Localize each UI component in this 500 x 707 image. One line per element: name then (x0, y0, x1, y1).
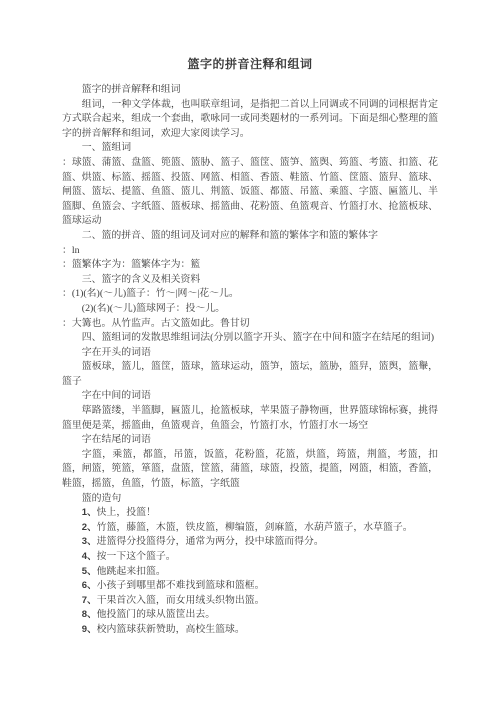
sentence-number: 6、 (82, 580, 97, 591)
sentence-number: 2、 (82, 522, 97, 533)
paragraph: 字在开头的词语 (62, 346, 438, 361)
paragraph: ：篮繁体字为：篮繁体字为：籃 (62, 258, 438, 273)
paragraph: 篮字的拼音解释和组词 (62, 83, 438, 98)
sentence-item: 9、校内篮球获新赞助，高校生篮球。 (62, 623, 438, 638)
paragraph: 字在中间的词语 (62, 389, 438, 404)
sentence-item: 5、他跳起来扣篮。 (62, 565, 438, 580)
paragraph: ：ln (62, 244, 438, 259)
sentence-number: 1、 (82, 507, 97, 518)
sentence-item: 1、快上，投篮！ (62, 506, 438, 521)
paragraph: 篮板球，篮儿，篮筐，篮球，篮球运动，篮笋，篮坛，篮胁，篮舁，篮舆，篮轝，篮子 (62, 360, 438, 389)
sentence-item: 2、竹篮，藤篮，木篮，铁皮篮，柳编篮，剑麻篮，水葫芦篮子，水草篮子。 (62, 521, 438, 536)
sentence-number: 8、 (82, 609, 97, 620)
paragraph: ：球篮、蒲篮、盘篮、篼篮、篮胁、篮子、篮筐、篮笋、篮舆、筠篮、考篮、扣篮、花篮、… (62, 156, 438, 229)
paragraph: 字篮，乘篮，都篮，吊篮，饭篮，花粉篮，花篮，烘篮，筠篮，荆篮，考篮，扣篮，闸篮，… (62, 448, 438, 492)
sentence-item: 3、进篮得分投篮得分，通常为两分，投中球篮而得分。 (62, 535, 438, 550)
paragraph: 三、篮字的含义及相关资料 (62, 273, 438, 288)
paragraph: 篮的造句 (62, 492, 438, 507)
sentence-item: 8、他投篮门的球从篮筐出去。 (62, 608, 438, 623)
sentence-item: 4、按一下这个篮子。 (62, 550, 438, 565)
sentence-item: 7、干果首次入篮，而女用绒头织物出篮。 (62, 594, 438, 609)
document-body: 篮字的拼音解释和组词组词，一种文学体裁，也叫联章组词，是指把二首以上同调或不同调… (0, 83, 500, 638)
paragraph: (2)(名)(～儿)篮球网子：投～儿。 (62, 302, 438, 317)
paragraph: ：(1)(名)(～儿)篮子：竹～|网～|花～儿。 (62, 287, 438, 302)
sentence-number: 9、 (82, 624, 97, 635)
sentence-number: 3、 (82, 536, 97, 547)
paragraph: 一、篮组词 (62, 141, 438, 156)
paragraph: 组词，一种文学体裁，也叫联章组词，是指把二首以上同调或不同调的词根据肯定方式联合… (62, 98, 438, 142)
sentence-number: 5、 (82, 566, 97, 577)
paragraph: 二、篮的拼音、篮的组词及词对应的解释和篮的繁体字和篮的繁体字 (62, 229, 438, 244)
paragraph: ：大篝也。从竹监声。古文篮如此。鲁甘切 (62, 317, 438, 332)
sentence-number: 4、 (82, 551, 97, 562)
paragraph: 四、篮组词的发散思维组词法(分别以篮字开头、篮字在中间和篮字在结尾的组词) (62, 331, 438, 346)
sentence-number: 7、 (82, 595, 97, 606)
document-page: 篮字的拼音注释和组词 篮字的拼音解释和组词组词，一种文学体裁，也叫联章组词，是指… (0, 0, 500, 707)
paragraph: 字在结尾的词语 (62, 433, 438, 448)
document-title: 篮字的拼音注释和组词 (0, 0, 500, 72)
sentence-item: 6、小孩子到哪里都不难找到篮球和篮框。 (62, 579, 438, 594)
paragraph: 筚路篮缕，半篮脚，匾篮儿，抢篮板球，苹果篮子静物画，世界篮球锦标赛，挑得篮里便是… (62, 404, 438, 433)
